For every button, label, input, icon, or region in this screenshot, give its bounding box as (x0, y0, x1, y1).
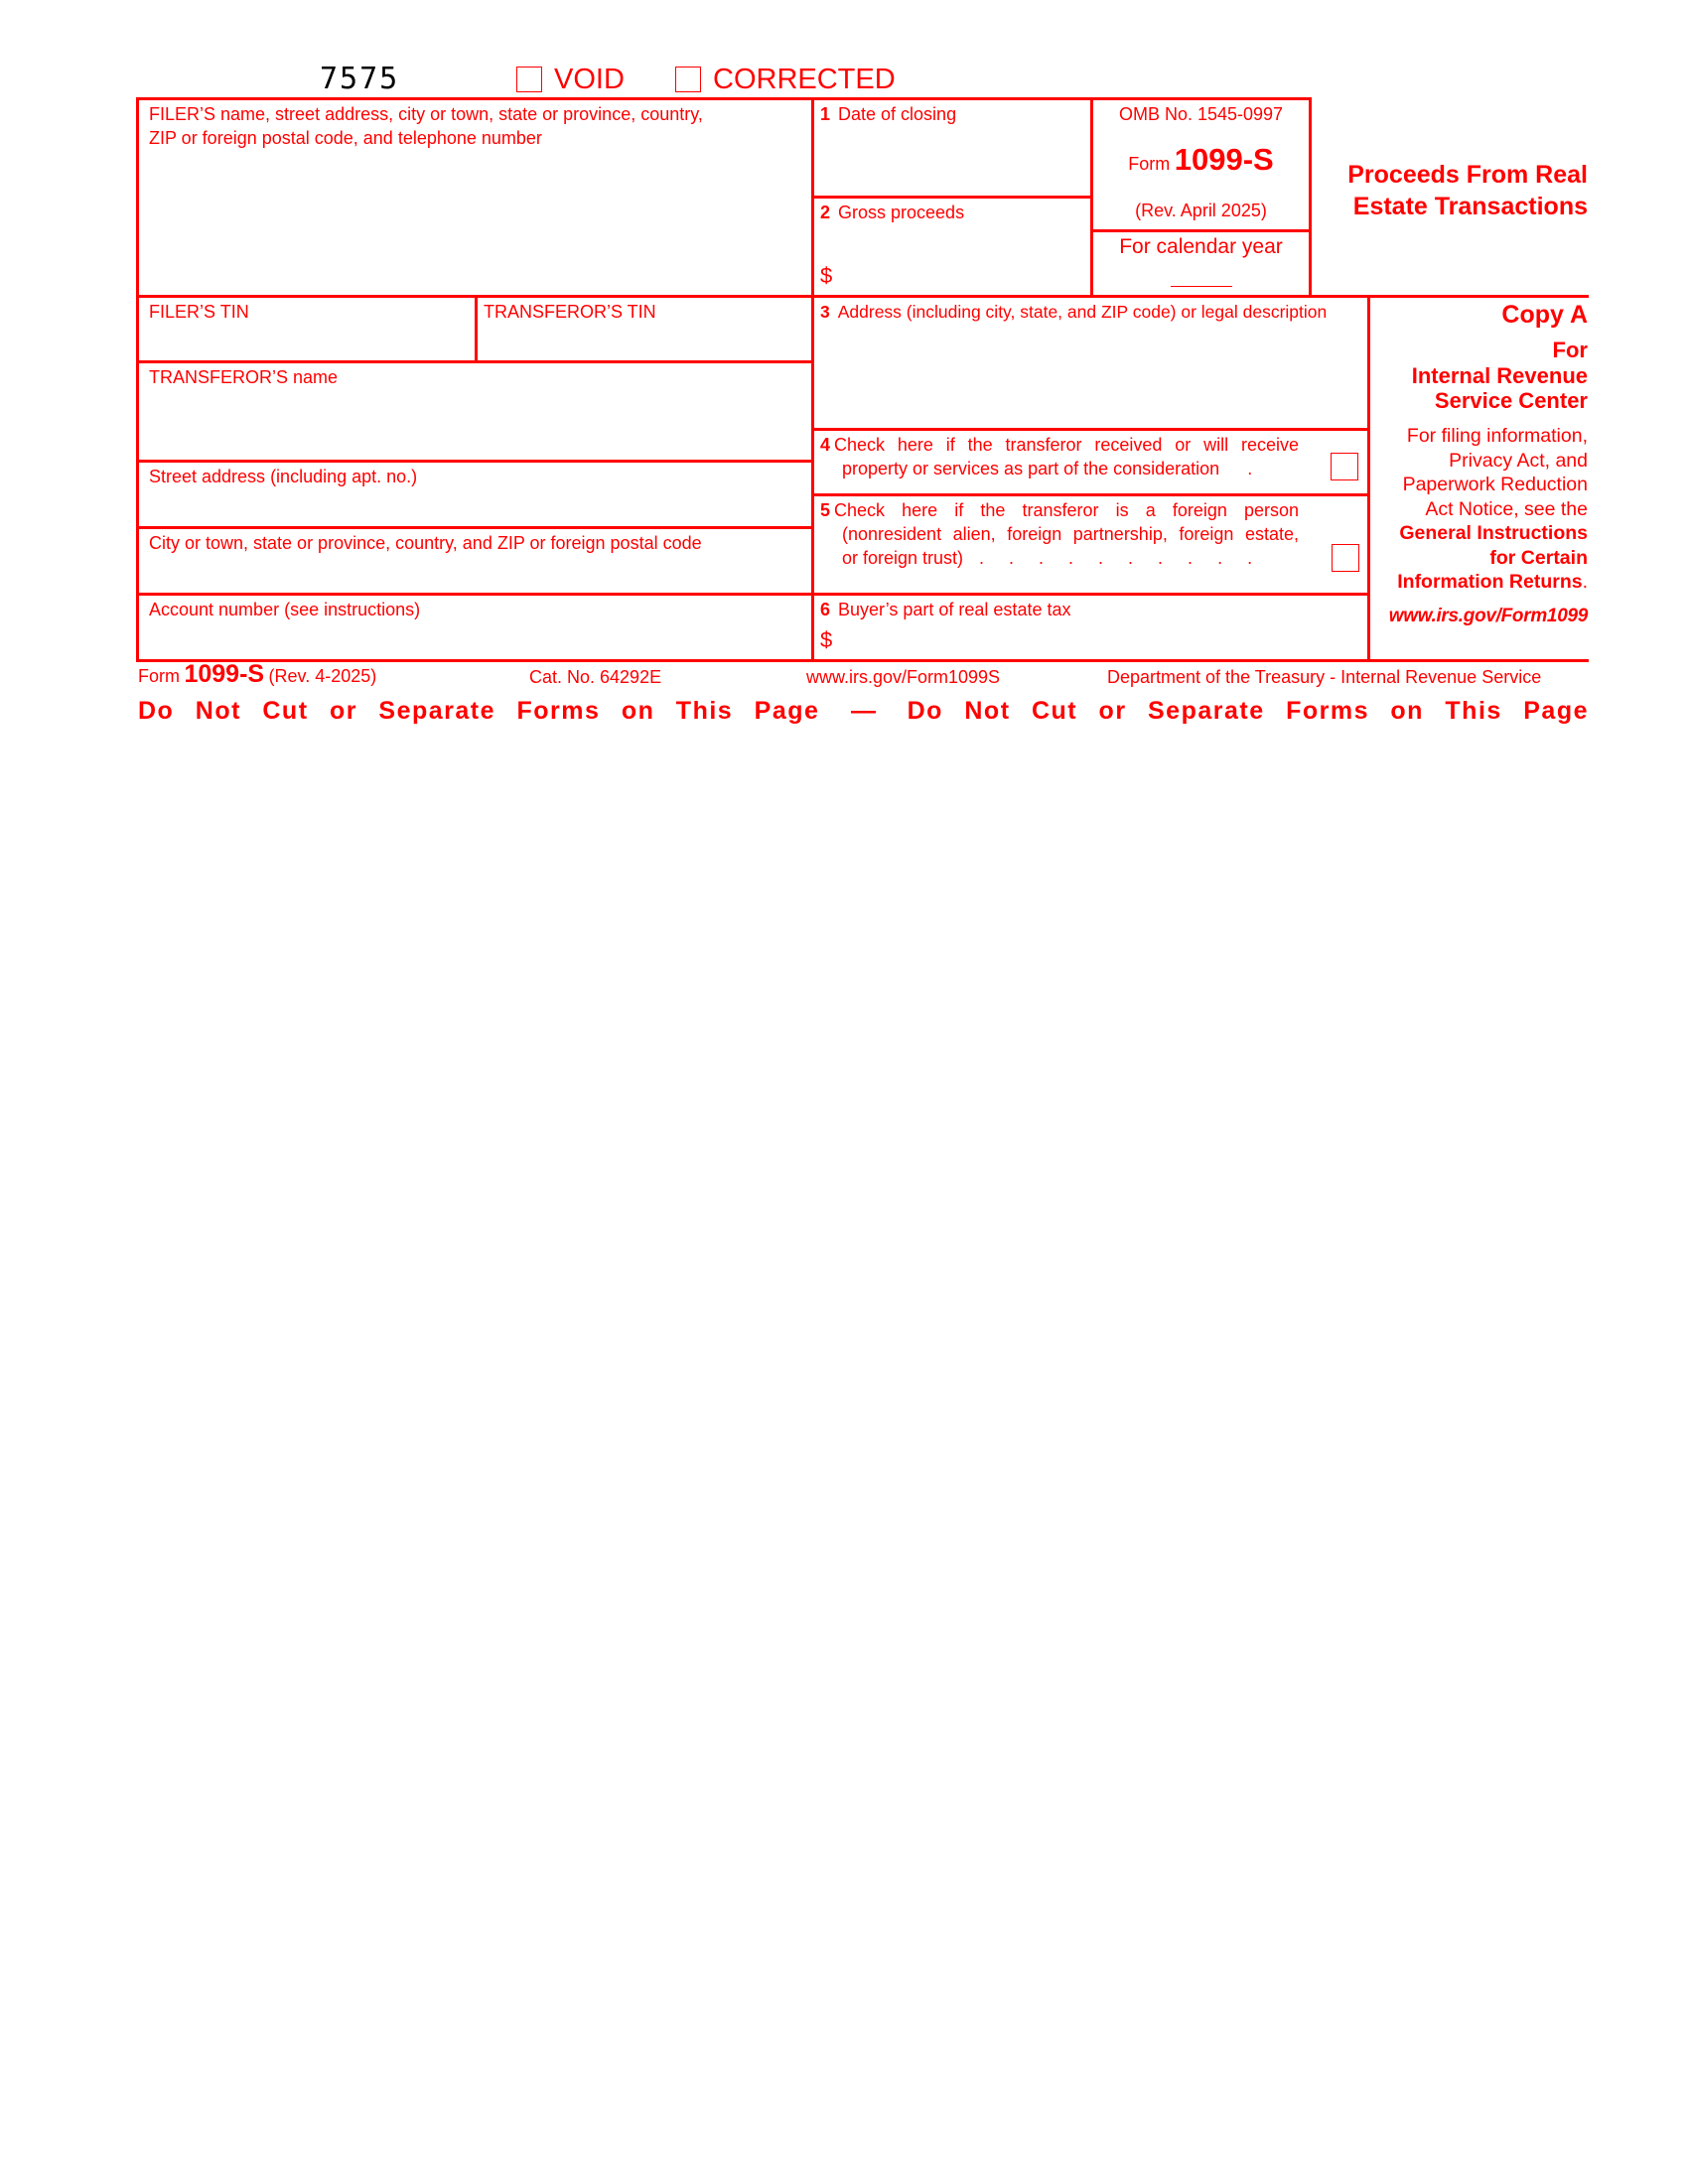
box4-checkbox[interactable] (1331, 453, 1358, 480)
info-bold2: for Certain (1372, 546, 1588, 571)
info-line1: For filing information, (1372, 424, 1588, 449)
form-name-block: Form 1099-S (1093, 142, 1309, 178)
do-not-cut-warning: Do Not Cut or Separate Forms on This Pag… (138, 695, 1589, 727)
copy-a-for: For (1372, 338, 1588, 363)
box4-bottom-border (811, 493, 1370, 496)
box5-leader-dots: . . . . . . . . . . (979, 548, 1262, 568)
footer-form-id: Form 1099-S (Rev. 4-2025) (138, 660, 376, 689)
copy-a-irs-line2: Service Center (1372, 388, 1588, 413)
box2-currency: $ (820, 264, 832, 288)
box3-number: 3 (820, 302, 830, 322)
void-label: VOID (554, 64, 625, 96)
box6-text: Buyer’s part of real estate tax (838, 600, 1070, 619)
form-title-line1: Proceeds From Real (1313, 159, 1588, 191)
city-state-zip-label: City or town, state or province, country… (149, 531, 702, 555)
box6-number: 6 (820, 600, 830, 619)
footer-form-prefix: Form (138, 666, 180, 686)
calendar-year-field[interactable] (1171, 266, 1232, 287)
box5-label: 5Check here if the transferor is a forei… (820, 498, 1299, 570)
info-period: . (1583, 571, 1588, 593)
box2-text: Gross proceeds (838, 203, 964, 222)
box3-label: 3Address (including city, state, and ZIP… (820, 300, 1327, 324)
box5-text-line3: or foreign trust) (842, 548, 963, 568)
form-name: 1099-S (1175, 142, 1274, 177)
corrected-label: CORRECTED (713, 64, 896, 96)
info-bold3: Information Returns (1397, 571, 1582, 593)
form-prefix: Form (1128, 154, 1170, 174)
omb-number: OMB No. 1545-0997 (1093, 102, 1309, 126)
footer-cat-no: Cat. No. 64292E (529, 665, 661, 689)
calendar-year-label: For calendar year (1093, 235, 1309, 259)
form-title: Proceeds From Real Estate Transactions (1313, 159, 1588, 222)
box3-bottom-border (811, 428, 1370, 431)
street-address-label: Street address (including apt. no.) (149, 465, 417, 488)
form-code: 7575 (320, 62, 399, 96)
warning-dash: — (851, 695, 876, 727)
box2-label: 2Gross proceeds (820, 201, 964, 224)
warning-left: Do Not Cut or Separate Forms on This Pag… (138, 695, 819, 727)
copy-a-panel: Copy A For Internal Revenue Service Cent… (1372, 298, 1588, 628)
void-checkbox[interactable] (516, 67, 542, 92)
box6-currency: $ (820, 628, 832, 652)
filer-info-label: FILER’S name, street address, city or to… (149, 102, 703, 126)
footer-revision: (Rev. 4-2025) (269, 666, 377, 686)
filer-tin-label: FILER’S TIN (149, 300, 249, 324)
box4-leader-dots: . (1247, 459, 1252, 478)
box4-number: 4 (820, 435, 830, 455)
box1-label: 1Date of closing (820, 102, 956, 126)
omb-right-border (1309, 97, 1312, 298)
copy-a-irs-line1: Internal Revenue (1372, 363, 1588, 388)
copy-a-title: Copy A (1372, 298, 1588, 332)
box1-text: Date of closing (838, 104, 956, 124)
warning-right: Do Not Cut or Separate Forms on This Pag… (908, 695, 1589, 727)
footer-department: Department of the Treasury - Internal Re… (1107, 665, 1541, 689)
corrected-checkbox[interactable] (675, 67, 701, 92)
filer-info-label-line2: ZIP or foreign postal code, and telephon… (149, 126, 542, 150)
box6-label: 6Buyer’s part of real estate tax (820, 598, 1070, 621)
box5-checkbox[interactable] (1332, 544, 1359, 572)
irs-url-link[interactable]: www.irs.gov/Form1099 (1372, 605, 1588, 628)
footer-url-link[interactable]: www.irs.gov/Form1099S (806, 665, 1000, 689)
box4-text-line1: Check here if the transferor received or… (834, 435, 1299, 455)
copy-a-left-border (1367, 295, 1370, 662)
box4-text-line2: property or services as part of the cons… (842, 459, 1219, 478)
box2-number: 2 (820, 203, 830, 222)
form-revision: (Rev. April 2025) (1093, 199, 1309, 222)
transferor-name-label: TRANSFEROR’S name (149, 365, 338, 389)
box5-number: 5 (820, 500, 830, 520)
box3-text: Address (including city, state, and ZIP … (838, 302, 1328, 322)
omb-divider (1090, 229, 1312, 232)
box5-text-line1: Check here if the transferor is a foreig… (834, 500, 1299, 520)
box1-number: 1 (820, 104, 830, 124)
account-number-label: Account number (see instructions) (149, 598, 420, 621)
info-line2: Privacy Act, and (1372, 449, 1588, 474)
box5-text-line2: (nonresident alien, foreign partnership,… (842, 524, 1299, 544)
info-line3: Paperwork Reduction (1372, 473, 1588, 497)
form-title-line2: Estate Transactions (1313, 191, 1588, 222)
info-line4: Act Notice, see the (1372, 497, 1588, 522)
footer-form-name: 1099-S (184, 660, 264, 688)
info-bold1: General Instructions (1372, 521, 1588, 546)
transferor-tin-label: TRANSFEROR’S TIN (484, 300, 656, 324)
box4-label: 4Check here if the transferor received o… (820, 433, 1299, 480)
